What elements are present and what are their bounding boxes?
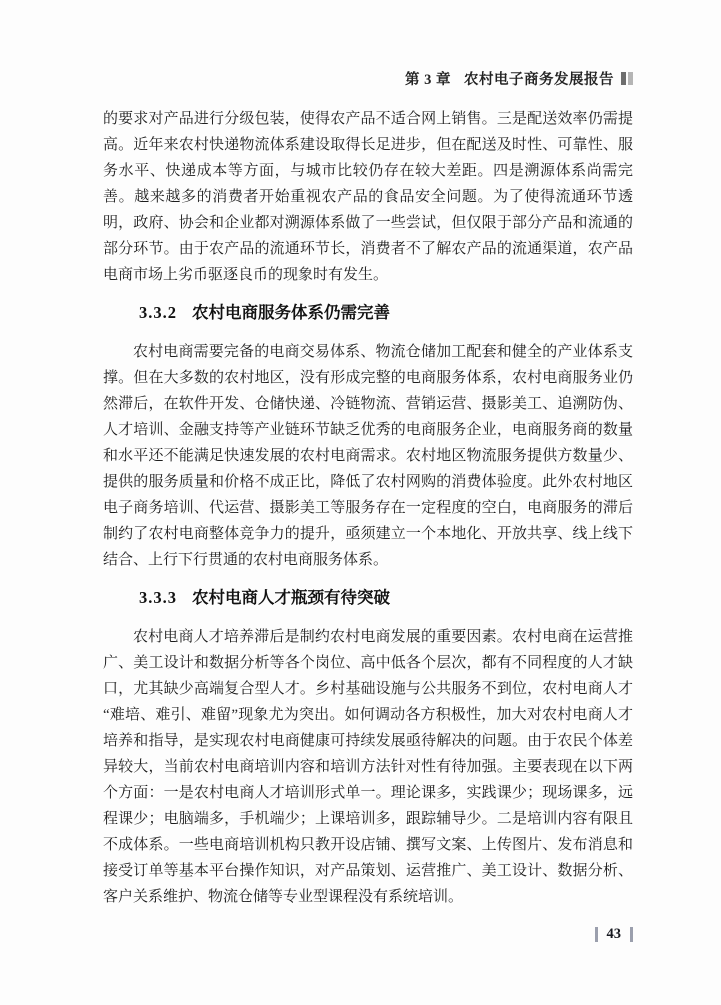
paragraph-continuation: 的要求对产品进行分级包装，使得农产品不适合网上销售。三是配送效率仍需提高。近年来…	[103, 106, 633, 288]
document-page: 第 3 章 农村电子商务发展报告 的要求对产品进行分级包装，使得农产品不适合网上…	[0, 0, 721, 1005]
page-footer: 43	[103, 926, 633, 943]
page-number: 43	[607, 926, 622, 943]
footer-bar-right-icon	[630, 927, 633, 942]
paragraph-talent-bottleneck: 农村电商人才培养滞后是制约农村电商发展的重要因素。农村电商在运营推广、美工设计和…	[103, 624, 633, 910]
section-number: 3.3.2	[139, 301, 177, 325]
paragraph-service-system: 农村电商需要完备的电商交易体系、物流仓储加工配套和健全的产业体系支撑。但在大多数…	[103, 339, 633, 573]
page-body: 的要求对产品进行分级包装，使得农产品不适合网上销售。三是配送效率仍需提高。近年来…	[103, 106, 633, 910]
page-header: 第 3 章 农村电子商务发展报告	[103, 68, 633, 89]
section-heading-3-3-2: 3.3.2 农村电商服务体系仍需完善	[139, 301, 633, 325]
bar-dark-icon	[621, 72, 626, 85]
section-heading-3-3-3: 3.3.3 农村电商人才瓶颈有待突破	[139, 586, 633, 610]
header-chapter-label: 第 3 章	[405, 68, 451, 89]
section-title: 农村电商人才瓶颈有待突破	[192, 586, 390, 610]
section-title: 农村电商服务体系仍需完善	[192, 301, 390, 325]
header-title: 农村电子商务发展报告	[464, 68, 614, 89]
section-number: 3.3.3	[139, 586, 177, 610]
footer-bar-left-icon	[595, 927, 598, 942]
chapter-bars-icon	[621, 72, 633, 85]
bar-light-icon	[628, 72, 633, 85]
